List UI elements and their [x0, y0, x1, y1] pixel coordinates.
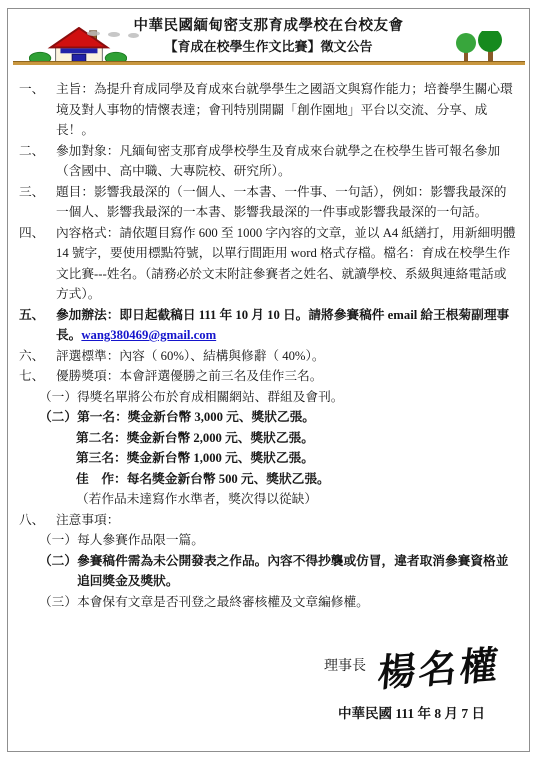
sub-item-note-one: （一） 每人參賽作品限一篇。 [19, 530, 519, 551]
sub-item-text: 每人參賽作品限一篇。 [77, 530, 519, 551]
list-item-awards: 七、 優勝獎項：本會評選優勝之前三名及佳作三名。 [19, 366, 519, 387]
sub-item-text: 參賽稿件需為未公開發表之作品。內容不得抄襲或仿冒，違者取消參賽資格並追回獎金及獎… [77, 551, 519, 592]
item-number: 八、 [19, 510, 56, 531]
list-item-method: 五、 參加辦法：即日起截稿日 111 年 10 月 10 日。請將參賽稿件 em… [19, 305, 519, 346]
sub-item-text: 本會保有文章是否刊登之最終審核權及文章編修權。 [77, 592, 519, 613]
document-body: 一、 主旨：為提升育成同學及育成來台就學學生之國語文與寫作能力；培養學生關心環境… [8, 66, 529, 612]
document-border: 中華民國緬甸密支那育成學校在台校友會 【育成在校學生作文比賽】徵文公告 [7, 8, 530, 752]
list-item-purpose: 一、 主旨：為提升育成同學及育成來台就學學生之國語文與寫作能力；培養學生關心環境… [19, 79, 519, 141]
prize-line-note: （若作品未達寫作水準者，獎次得以從缺） [19, 489, 519, 510]
document-date: 中華民國 111 年 8 月 7 日 [8, 702, 529, 722]
sub-item-first-prize: （二） 第一名：獎金新台幣 3,000 元、獎狀乙張。 [19, 407, 519, 428]
sub-item-text: 第一名：獎金新台幣 3,000 元、獎狀乙張。 [77, 407, 519, 428]
smoke-icon [128, 33, 139, 38]
list-item-eligibility: 二、 參加對象：凡緬甸密支那育成學校學生及育成來台就學之在校學生皆可報名參加（含… [19, 141, 519, 182]
sub-item-note-three: （三） 本會保有文章是否刊登之最終審核權及文章編修權。 [19, 592, 519, 613]
prize-line-second: 第二名：獎金新台幣 2,000 元、獎狀乙張。 [19, 428, 519, 449]
signature-block: 理事長 楊名權 [8, 636, 529, 694]
smoke-icon [87, 31, 100, 36]
item-text: 題目：影響我最深的（一個人、一本書、一件事、一句話），例如：影響我最深的一個人、… [56, 182, 519, 223]
sub-item-label: （三） [39, 592, 77, 613]
list-item-format: 四、 內容格式：請依題目寫作 600 至 1000 字內容的文章，並以 A4 紙… [19, 223, 519, 305]
document-page: 中華民國緬甸密支那育成學校在台校友會 【育成在校學生作文比賽】徵文公告 [0, 0, 543, 768]
email-link[interactable]: wang380469@gmail.com [81, 328, 216, 342]
item-text: 參加對象：凡緬甸密支那育成學校學生及育成來台就學之在校學生皆可報名參加（含國中、… [56, 141, 519, 182]
sub-item-label: （二） [39, 551, 77, 592]
item-text: 內容格式：請依題目寫作 600 至 1000 字內容的文章，並以 A4 紙繕打，… [56, 223, 519, 305]
item-text: 參加辦法：即日起截稿日 111 年 10 月 10 日。請將參賽稿件 email… [56, 305, 519, 346]
list-item-topic: 三、 題目：影響我最深的（一個人、一本書、一件事、一句話），例如：影響我最深的一… [19, 182, 519, 223]
item-number: 四、 [19, 223, 56, 305]
list-item-criteria: 六、 評選標準：內容（ 60%）、結構與修辭（ 40%）。 [19, 346, 519, 367]
sub-item-award-announce: （一） 得獎名單將公布於育成相關網站、群組及會刊。 [19, 387, 519, 408]
item-number: 一、 [19, 79, 56, 141]
sub-item-label: （一） [39, 530, 77, 551]
prize-line-third: 第三名：獎金新台幣 1,000 元、獎狀乙張。 [19, 448, 519, 469]
item-text: 優勝獎項：本會評選優勝之前三名及佳作三名。 [56, 366, 519, 387]
item-number: 五、 [19, 305, 56, 346]
list-item-notes: 八、 注意事項： [19, 510, 519, 531]
item-text: 注意事項： [56, 510, 519, 531]
item-text: 評選標準：內容（ 60%）、結構與修辭（ 40%）。 [56, 346, 519, 367]
document-header: 中華民國緬甸密支那育成學校在台校友會 【育成在校學生作文比賽】徵文公告 [8, 9, 529, 66]
item-number: 六、 [19, 346, 56, 367]
sub-item-text: 得獎名單將公布於育成相關網站、群組及會刊。 [77, 387, 519, 408]
sub-item-note-two: （二） 參賽稿件需為未公開發表之作品。內容不得抄襲或仿冒，違者取消參賽資格並追回… [19, 551, 519, 592]
sub-item-label: （一） [39, 387, 77, 408]
item-number: 二、 [19, 141, 56, 182]
signature-handwriting: 楊名權 [376, 633, 504, 697]
item-number: 三、 [19, 182, 56, 223]
item-number: 七、 [19, 366, 56, 387]
trees-icon [448, 31, 510, 64]
prize-line-honorable: 佳 作：每名獎金新台幣 500 元、獎狀乙張。 [19, 469, 519, 490]
smoke-icon [108, 32, 120, 37]
sub-item-label: （二） [39, 407, 77, 428]
chairman-label: 理事長 [324, 655, 366, 675]
ground-line [13, 61, 525, 65]
item-text: 主旨：為提升育成同學及育成來台就學學生之國語文與寫作能力；培養學生關心環境及對人… [56, 79, 519, 141]
